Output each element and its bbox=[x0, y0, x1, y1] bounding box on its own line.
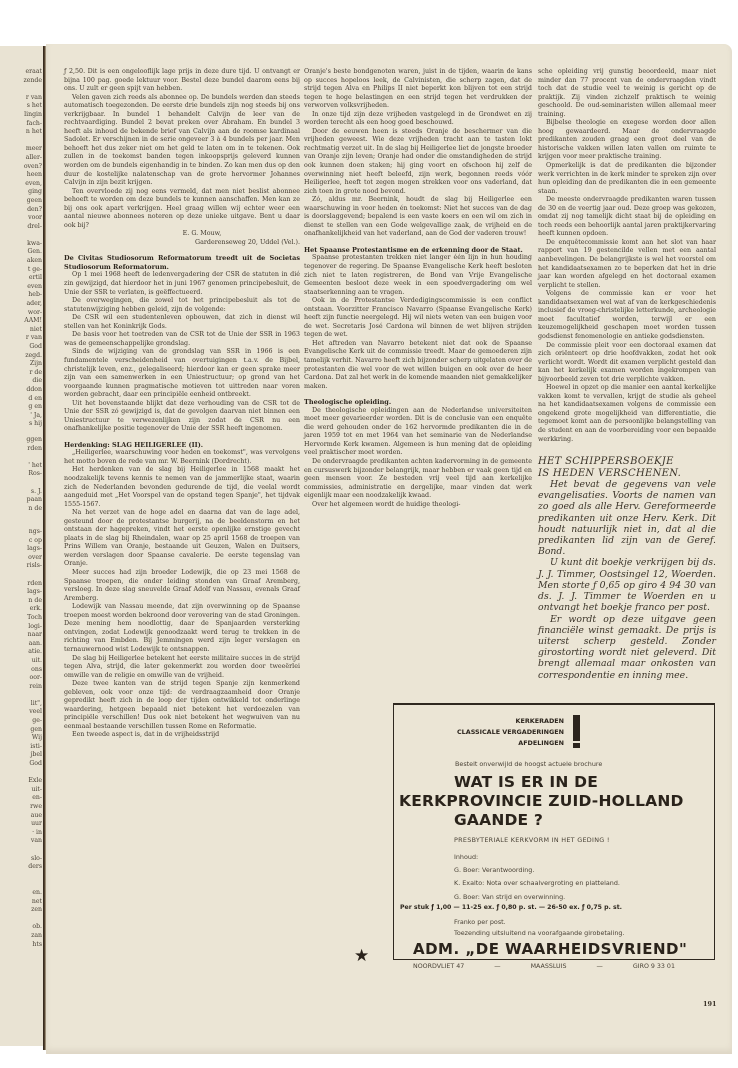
exclamation-icon bbox=[573, 715, 580, 741]
paragraph: Sinds de wijziging van de grondslag van … bbox=[64, 348, 300, 399]
schippersboekje-notice: HET SCHIPPERSBOEKJE IS HEDEN VERSCHENEN.… bbox=[538, 456, 716, 681]
paragraph: De commissie pleit voor een doctoraal ex… bbox=[538, 342, 716, 385]
paragraph: Na het verzet van de hoge adel en daarna… bbox=[64, 509, 300, 569]
contents-item: K. Exalto: Nota over schaalvergroting en… bbox=[454, 877, 620, 890]
paragraph: Uit het bovenstaande blijkt dat deze ver… bbox=[64, 400, 300, 434]
ad-contents: Inhoud: G. Boer: Verantwoording. K. Exal… bbox=[454, 851, 620, 904]
paragraph: De overwegingen, die zowel tot het princ… bbox=[64, 297, 300, 314]
paragraph: De theologische opleidingen aan de Neder… bbox=[304, 407, 532, 458]
contents-item: G. Boer: Van strijd en overwinning. bbox=[454, 891, 620, 904]
paragraph: Over het algemeen wordt de huidige theol… bbox=[304, 501, 532, 510]
contents-label: Inhoud: bbox=[454, 851, 620, 864]
paragraph: Ook in de Protestantse Verdedigingscommi… bbox=[304, 297, 532, 340]
paragraph: Het bevat de gegevens van vele evangelis… bbox=[538, 479, 716, 557]
paragraph: De enquêtecommissie komt aan het slot va… bbox=[538, 239, 716, 290]
ad-price-line: Per stuk ƒ 1,00 — 11-25 ex. ƒ 0,80 p. st… bbox=[400, 904, 622, 911]
paragraph: U kunt dit boekje verkrijgen bij ds. J. … bbox=[538, 557, 716, 613]
article-heading-csr: De Civitas Studiosorum Reformatorum tree… bbox=[64, 254, 300, 271]
exclamation-dot-icon bbox=[573, 743, 580, 748]
paragraph: Hoewel in opzet op die manier een aantal… bbox=[538, 384, 716, 444]
paragraph: Zó, aldus mr. Beernink, houdt de slag bi… bbox=[304, 196, 532, 239]
article-heading-theology: Theologische opleiding. bbox=[304, 398, 532, 407]
ad-order-line: Bestelt onverwijld de hoogst actuele bro… bbox=[455, 760, 602, 768]
ad-publisher: ADM. „DE WAARHEIDSVRIEND" bbox=[413, 940, 687, 958]
paragraph: Lodewijk van Nassau meende, dat zijn ove… bbox=[64, 603, 300, 654]
paragraph: Deze twee kanten van de strijd tegen Spa… bbox=[64, 680, 300, 731]
brochure-advertisement: KERKERADEN CLASSICALE VERGADERINGEN AFDE… bbox=[393, 703, 715, 960]
audience-line: KERKERADEN bbox=[394, 716, 564, 727]
paragraph: Velen gaven zich reeds als abonnee op. D… bbox=[64, 94, 300, 188]
ad-audience: KERKERADEN CLASSICALE VERGADERINGEN AFDE… bbox=[394, 716, 564, 749]
ad-title-line: WAT IS ER IN DE bbox=[454, 774, 598, 791]
paragraph: De CSR wil een studentenleven opbouwen, … bbox=[64, 314, 300, 331]
shipping-line: Toezending uitsluitend na voorafgaande g… bbox=[454, 928, 624, 939]
star-ornament-icon: ★ bbox=[354, 946, 369, 966]
paragraph: „Heiligerlee, waarschuwing voor heden en… bbox=[64, 449, 300, 466]
paragraph: Bijbelse theologie en exegese worden doo… bbox=[538, 119, 716, 162]
paragraph: Spaanse protestanten trekken niet langer… bbox=[304, 254, 532, 297]
shipping-line: Franko per post. bbox=[454, 917, 624, 928]
paragraph: Het herdenken van de slag bij Heiligerle… bbox=[64, 466, 300, 509]
column-2: Oranje's beste bondgenoten waren, juist … bbox=[304, 68, 532, 509]
previous-page-text: ngs- c op lags- over risls- rden lags- n… bbox=[27, 528, 42, 949]
ad-subtitle: PRESBYTERIALE KERKVORM IN HET GEDING ! bbox=[454, 836, 610, 844]
paragraph: Oranje's beste bondgenoten waren, juist … bbox=[304, 68, 532, 111]
address-separator: — bbox=[597, 963, 603, 970]
ad-title-line: GAANDE ? bbox=[454, 812, 543, 829]
paragraph: De ondervraagde predikanten achten kader… bbox=[304, 458, 532, 501]
audience-line: CLASSICALE VERGADERINGEN bbox=[394, 727, 564, 738]
address-separator: — bbox=[494, 963, 500, 970]
contents-item: G. Boer: Verantwoording. bbox=[454, 864, 620, 877]
paragraph: De slag bij Heiligerlee betekent het eer… bbox=[64, 655, 300, 681]
previous-page-text: eraat zende r van s het lingin fach- n h… bbox=[23, 68, 42, 429]
column-3: sche opleiding vrij gunstig beoordeeld, … bbox=[538, 68, 716, 681]
previous-page-edge: eraat zende r van s het lingin fach- n h… bbox=[0, 46, 44, 1046]
paragraph: Door de eeuwen heen is steeds Oranje de … bbox=[304, 128, 532, 196]
previous-page-text: ggen rden ' het Ros- s. J. paan n de bbox=[26, 436, 42, 513]
ad-title-line: KERKPROVINCIE ZUID-HOLLAND bbox=[399, 793, 684, 810]
signature-address: Garderenseweg 20, Uddel (Vel.). bbox=[64, 239, 300, 248]
paragraph: Ten overvloede zij nog eens vermeld, dat… bbox=[64, 188, 300, 231]
magazine-page: ƒ 2,50. Dit is een ongelooflijk lage pri… bbox=[46, 44, 732, 1054]
paragraph: Opmerkelijk is dat de predikanten die bi… bbox=[538, 162, 716, 196]
address-giro: GIRO 9 33 01 bbox=[633, 963, 675, 970]
paragraph: Een tweede aspect is, dat in de vrijheid… bbox=[64, 731, 300, 740]
paragraph: sche opleiding vrij gunstig beoordeeld, … bbox=[538, 68, 716, 119]
audience-line: AFDELINGEN bbox=[394, 738, 564, 749]
signature-name: E. G. Mouw, bbox=[64, 230, 300, 239]
column-1: ƒ 2,50. Dit is een ongelooflijk lage pri… bbox=[64, 68, 300, 740]
address-street: NOORDVLIET 47 bbox=[413, 963, 464, 970]
notice-heading: HET SCHIPPERSBOEKJE bbox=[538, 456, 716, 468]
paragraph: In onze tijd zijn deze vrijheden vastgel… bbox=[304, 111, 532, 128]
paragraph: Er wordt op deze uitgave geen financiële… bbox=[538, 614, 716, 681]
paragraph: ƒ 2,50. Dit is een ongelooflijk lage pri… bbox=[64, 68, 300, 94]
address-city: MAASSLUIS bbox=[531, 963, 567, 970]
ad-shipping: Franko per post. Toezending uitsluitend … bbox=[454, 917, 624, 938]
paragraph: Het aftreden van Navarro betekent niet d… bbox=[304, 340, 532, 391]
page-number: 191 bbox=[703, 1000, 717, 1008]
notice-heading: IS HEDEN VERSCHENEN. bbox=[538, 468, 716, 480]
paragraph: Op 1 mei 1968 heeft de ledenvergadering … bbox=[64, 271, 300, 297]
paragraph: De meeste ondervraagde predikanten waren… bbox=[538, 196, 716, 239]
paragraph: De basis voor het toetreden van de CSR t… bbox=[64, 331, 300, 348]
ad-address: NOORDVLIET 47 — MAASSLUIS — GIRO 9 33 01 bbox=[413, 963, 675, 970]
paragraph: Meer succes had zijn broeder Lodewijk, d… bbox=[64, 569, 300, 603]
paragraph: Volgens de commissie kan er voor het kan… bbox=[538, 290, 716, 341]
